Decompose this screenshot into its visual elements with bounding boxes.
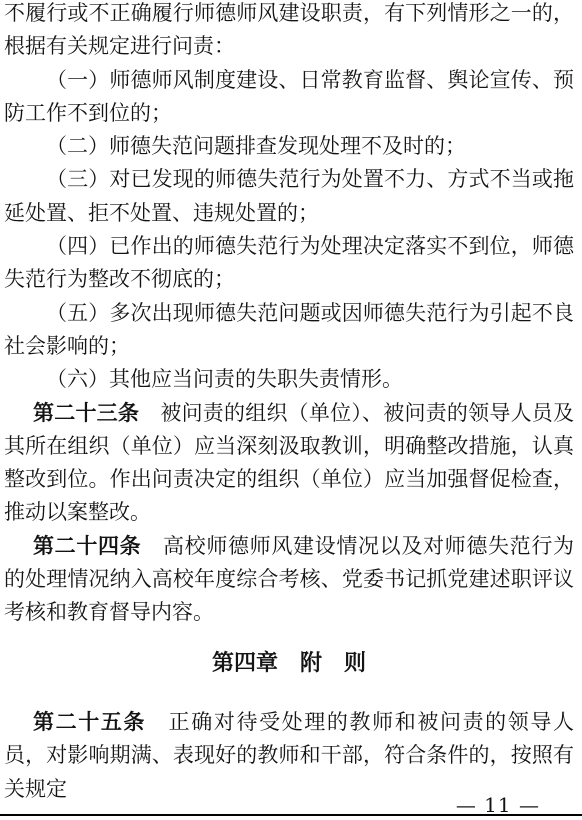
paragraph-text: （二）师德失范问题排查发现处理不及时的； [46, 134, 466, 158]
paragraph-text: （六）其他应当问责的失职失责情形。 [46, 367, 403, 391]
article-paragraph: 第二十四条 高校师德师风建设情况以及对师德失范行为的处理情况纳入高校年度综合考核… [4, 530, 574, 630]
article-number: 第二十四条 [33, 534, 141, 558]
body-paragraph: （二）师德失范问题排查发现处理不及时的； [4, 130, 574, 163]
chapter-heading: 第四章 附 则 [4, 647, 574, 680]
body-paragraph: （四）已作出的师德失范行为处理决定落实不到位，师德失范行为整改不彻底的； [4, 230, 574, 297]
article-number: 第二十五条 [33, 710, 146, 734]
paragraph-text: （四）已作出的师德失范行为处理决定落实不到位，师德失范行为整改不彻底的； [4, 234, 574, 291]
article-paragraph: 第二十五条 正确对待受处理的教师和被问责的领导人员，对影响期满、表现好的教师和干… [4, 706, 574, 806]
body-paragraph: （三）对已发现的师德失范行为处置不力、方式不当或拖延处置、拒不处置、违规处置的； [4, 163, 574, 230]
body-paragraph: （一）师德师风制度建设、日常教育监督、舆论宣传、预防工作不到位的； [4, 64, 574, 131]
document-body: 不履行或不正确履行师德师风建设职责，有下列情形之一的，根据有关规定进行问责：（一… [4, 0, 574, 806]
paragraph-text: （一）师德师风制度建设、日常教育监督、舆论宣传、预防工作不到位的； [4, 68, 574, 125]
article-paragraph: 第二十三条 被问责的组织（单位）、被问责的领导人员及其所在组织（单位）应当深刻汲… [4, 397, 574, 530]
body-paragraph: （五）多次出现师德失范问题或因师德失范行为引起不良社会影响的； [4, 297, 574, 364]
page-number: — 11 — [456, 795, 540, 815]
paragraph-text: （五）多次出现师德失范问题或因师德失范行为引起不良社会影响的； [4, 301, 574, 358]
document-page: 不履行或不正确履行师德师风建设职责，有下列情形之一的，根据有关规定进行问责：（一… [0, 0, 582, 820]
paragraph-text: （三）对已发现的师德失范行为处置不力、方式不当或拖延处置、拒不处置、违规处置的； [4, 167, 574, 224]
paragraph-text: 不履行或不正确履行师德师风建设职责，有下列情形之一的，根据有关规定进行问责： [4, 1, 574, 58]
bottom-rule [0, 814, 582, 816]
body-paragraph: （六）其他应当问责的失职失责情形。 [4, 363, 574, 396]
body-paragraph: 不履行或不正确履行师德师风建设职责，有下列情形之一的，根据有关规定进行问责： [4, 0, 574, 64]
article-number: 第二十三条 [33, 401, 139, 425]
